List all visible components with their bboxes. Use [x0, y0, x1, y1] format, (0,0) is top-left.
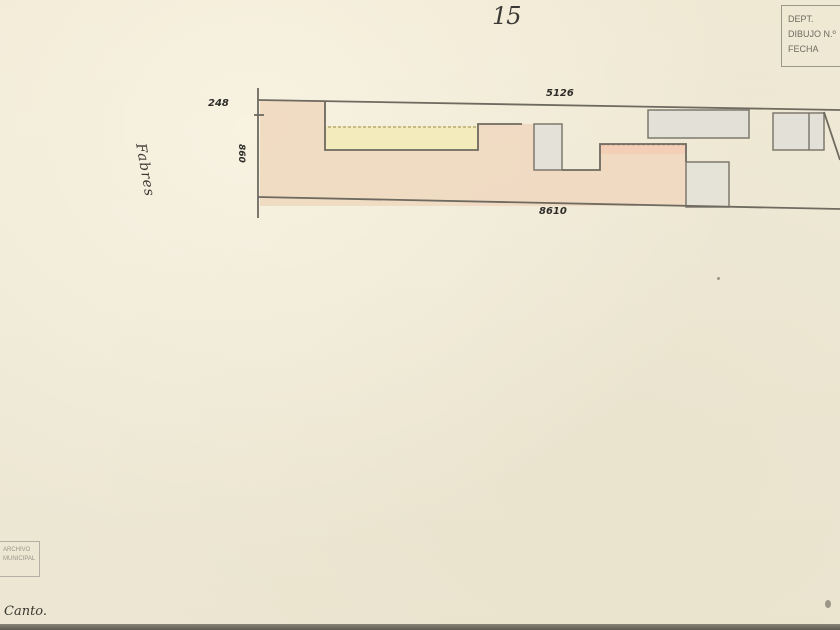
stamp-line: DIBUJO N.º: [788, 27, 840, 42]
dimension-top: 5126: [546, 88, 574, 99]
archive-stamp: DEPT. DIBUJO N.º FECHA: [781, 5, 840, 67]
ink-spot: [825, 600, 831, 608]
building-block: [534, 124, 562, 170]
dimension-left-side: 860: [236, 144, 246, 163]
page-number: 15: [492, 2, 521, 30]
signature: Canto.: [4, 604, 47, 619]
dimension-bottom: 8610: [539, 206, 567, 217]
building-block: [773, 113, 824, 150]
building-block: [648, 110, 749, 138]
lot-plan-drawing: [0, 0, 840, 630]
dimension-left-top: 248: [208, 98, 229, 109]
scan-bottom-edge: [0, 624, 840, 630]
archive-stamp-small: ARCHIVO MUNICIPAL: [0, 541, 40, 577]
lot-fill-yellow: [326, 126, 478, 150]
building-block: [686, 162, 729, 207]
ink-spot: [717, 277, 720, 280]
stamp-line: MUNICIPAL: [3, 555, 39, 564]
stamp-line: DEPT.: [788, 12, 840, 27]
stamp-line: FECHA: [788, 42, 840, 57]
stamp-line: ARCHIVO: [3, 546, 39, 555]
